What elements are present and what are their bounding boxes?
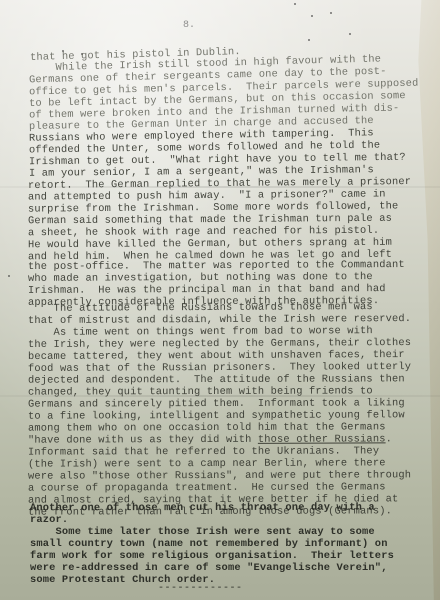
ink-speck	[311, 15, 313, 17]
text-line: Another one of those men cut his throat …	[30, 502, 375, 515]
text-line: razor.	[30, 514, 68, 526]
text-line: small country town (name not remembered …	[30, 538, 388, 550]
text-line: were re-addressed in care of some "Evang…	[30, 562, 388, 574]
ink-speck	[294, 3, 296, 5]
section-separator: -------------	[158, 583, 243, 594]
underlined-phrase: those other Russians	[258, 433, 386, 445]
ink-speck	[330, 12, 332, 14]
ink-speck	[8, 275, 10, 277]
ink-speck	[308, 39, 310, 41]
text-line: changed, they quit taunting them with be…	[28, 385, 373, 398]
text-line: farm work for some religious organisatio…	[30, 550, 394, 562]
page-number: 8.	[183, 20, 195, 31]
text-line: Some time later those Irish were sent aw…	[30, 526, 375, 538]
ink-speck	[349, 33, 351, 35]
